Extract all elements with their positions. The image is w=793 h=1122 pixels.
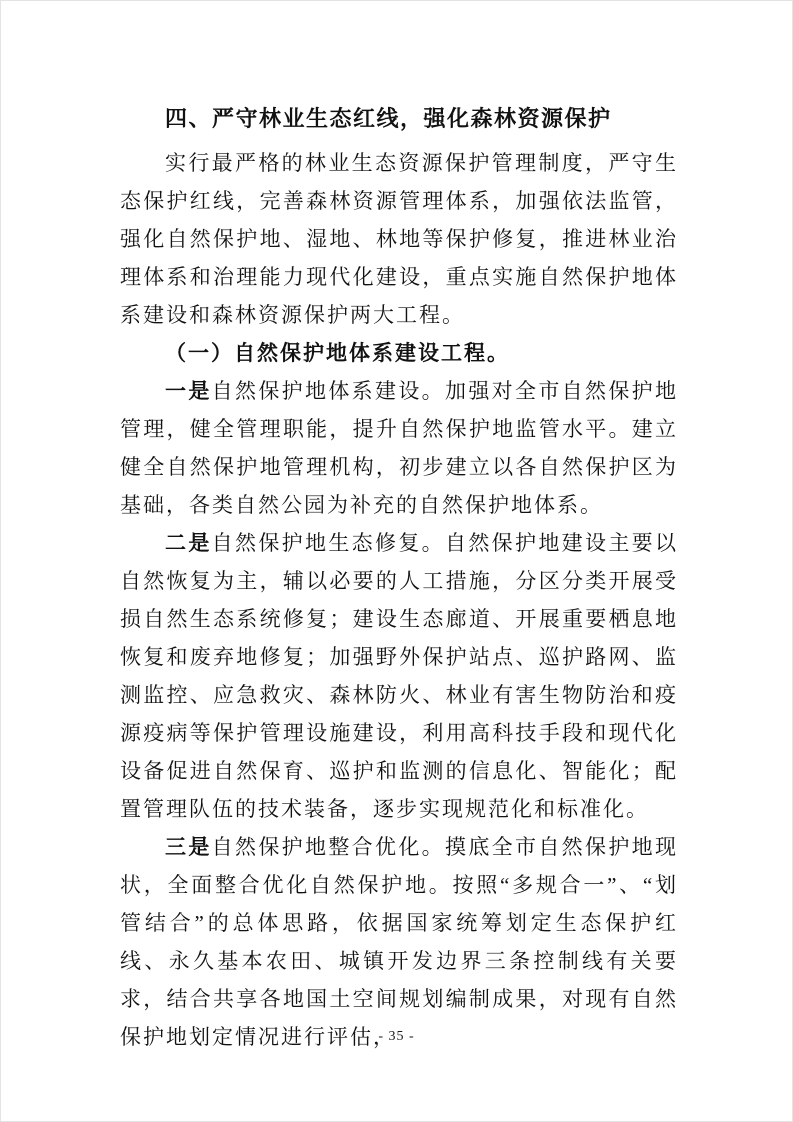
paragraph-text: 自然保护地生态修复。自然保护地建设主要以自然恢复为主，辅以必要的人工措施，分区分… xyxy=(120,531,678,821)
paragraph-text: 自然保护地整合优化。摸底全市自然保护地现状，全面整合优化自然保护地。按照“多规合… xyxy=(120,835,678,1049)
paragraph-item-2: 二是自然保护地生态修复。自然保护地建设主要以自然恢复为主，辅以必要的人工措施，分… xyxy=(120,524,678,828)
page-content: 四、严守林业生态红线，强化森林资源保护 实行最严格的林业生态资源保护管理制度，严… xyxy=(120,104,678,1056)
paragraph-item-3: 三是自然保护地整合优化。摸底全市自然保护地现状，全面整合优化自然保护地。按照“多… xyxy=(120,828,678,1056)
intro-paragraph: 实行最严格的林业生态资源保护管理制度，严守生态保护红线，完善森林资源管理体系，加… xyxy=(120,144,678,334)
document-page: 四、严守林业生态红线，强化森林资源保护 实行最严格的林业生态资源保护管理制度，严… xyxy=(0,0,793,1122)
paragraph-item-1: 一是自然保护地体系建设。加强对全市自然保护地管理，健全管理职能，提升自然保护地监… xyxy=(120,372,678,524)
paragraph-lead: 三是 xyxy=(165,835,212,859)
page-number: - 35 - xyxy=(1,1029,792,1045)
paragraph-lead: 二是 xyxy=(165,531,212,555)
section-heading: 四、严守林业生态红线，强化森林资源保护 xyxy=(120,104,678,134)
paragraph-lead: 一是 xyxy=(165,379,212,403)
subsection-heading: （一）自然保护地体系建设工程。 xyxy=(120,334,678,372)
